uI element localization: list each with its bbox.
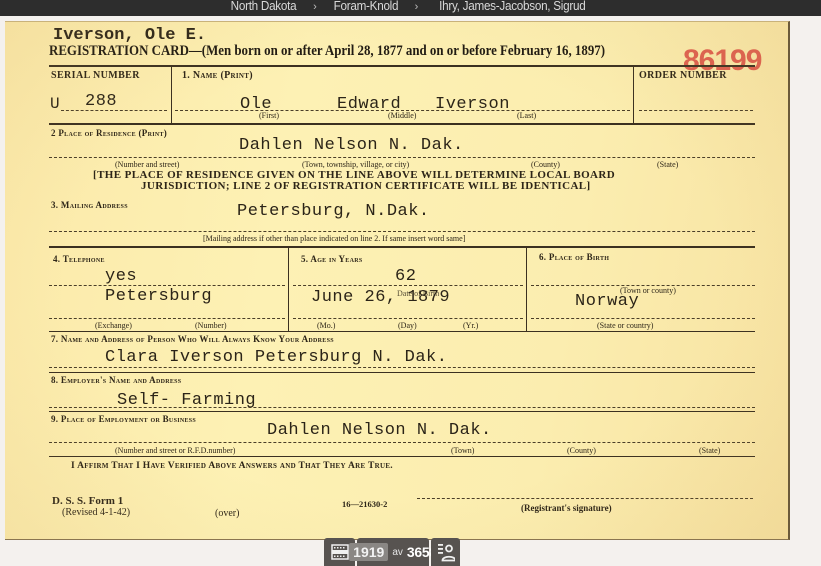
serial-number-label: SERIAL NUMBER: [51, 70, 140, 81]
residence-caption-county: (County): [531, 160, 560, 169]
age-value: 62: [395, 267, 416, 286]
breadcrumb-item-state[interactable]: North Dakota: [229, 0, 298, 14]
order-number-label: ORDER NUMBER: [639, 70, 727, 81]
image-navigation-toolbar: 1919 av 3658: [324, 538, 460, 566]
breadcrumb-item-range[interactable]: Ihry, James-Jacobson, Sigrud: [438, 0, 588, 14]
print-code: 16—21630-2: [342, 499, 387, 509]
first-caption: (First): [259, 111, 279, 120]
employment-caption-town: (Town): [451, 446, 474, 455]
residence-caption-town: (Town, township, village, or city): [302, 160, 409, 169]
employment-caption-state: (State): [699, 446, 720, 455]
form-revised: (Revised 4-1-42): [62, 507, 130, 518]
telephone-exchange-value: Petersburg: [105, 287, 212, 306]
exchange-caption: (Exchange): [95, 321, 132, 330]
affirmation-text: I Affirm That I Have Verified Above Answ…: [71, 461, 393, 471]
residence-caption-street: (Number and street): [115, 160, 179, 169]
contact-value: Clara Iverson Petersburg N. Dak.: [105, 348, 447, 367]
last-caption: (Last): [517, 111, 536, 120]
over-note: (over): [215, 508, 239, 519]
breadcrumb-separator-icon: ›: [415, 0, 419, 15]
breadcrumb-item-locality[interactable]: Foram-Knold: [332, 0, 400, 14]
month-caption: (Mo.): [317, 321, 335, 330]
person-index-button[interactable]: [431, 538, 460, 566]
serial-prefix: U: [50, 95, 60, 113]
registration-card-image[interactable]: Iverson, Ole E. REGISTRATION CARD—(Men b…: [5, 21, 790, 540]
serial-number-value: 288: [85, 92, 117, 111]
signature-caption: (Registrant's signature): [521, 503, 612, 513]
employer-label: 8. Employer's Name and Address: [51, 375, 181, 385]
employment-caption-street: (Number and street or R.F.D.number): [115, 446, 235, 455]
mailing-value: Petersburg, N.Dak.: [237, 202, 430, 221]
image-counter: 1919 av 3658: [357, 538, 429, 566]
birthplace-state-caption: (State or country): [597, 321, 653, 330]
breadcrumb-separator-icon: ›: [313, 0, 317, 15]
employment-place-label: 9. Place of Employment or Business: [51, 414, 196, 424]
form-id: D. S. S. Form 1: [52, 495, 123, 507]
breadcrumb: North Dakota › Foram-Knold › Ihry, James…: [0, 0, 821, 16]
residence-label: 2 Place of Residence (Print): [51, 128, 167, 138]
of-label: av: [392, 547, 403, 558]
age-label: 5. Age in Years: [301, 254, 363, 264]
year-caption: (Yr.): [463, 321, 478, 330]
residence-notice-line2: JURISDICTION; LINE 2 OF REGISTRATION CER…: [141, 180, 591, 192]
number-caption: (Number): [195, 321, 227, 330]
contact-label: 7. Name and Address of Person Who Will A…: [51, 334, 334, 344]
middle-caption: (Middle): [388, 111, 416, 120]
birthplace-value: Norway: [575, 292, 639, 311]
current-image-input[interactable]: 1919: [349, 543, 388, 561]
birthplace-label: 6. Place of Birth: [539, 252, 609, 262]
last-name-value: Iverson: [435, 95, 510, 114]
residence-value: Dahlen Nelson N. Dak.: [239, 136, 464, 155]
employment-place-value: Dahlen Nelson N. Dak.: [267, 421, 492, 440]
employment-caption-county: (County): [567, 446, 596, 455]
person-list-icon: [437, 542, 455, 562]
dob-value: June 26, 1879: [311, 288, 450, 307]
mailing-label: 3. Mailing Address: [51, 200, 128, 210]
card-title: REGISTRATION CARD—(Men born on or after …: [49, 43, 605, 60]
telephone-value: yes: [105, 267, 137, 286]
residence-caption-state: (State): [657, 160, 678, 169]
name-label: 1. Name (Print): [182, 70, 253, 81]
telephone-label: 4. Telephone: [53, 254, 105, 264]
filmstrip-icon: [331, 544, 349, 560]
mailing-caption: [Mailing address if other than place ind…: [203, 234, 465, 243]
day-caption: (Day): [398, 321, 417, 330]
